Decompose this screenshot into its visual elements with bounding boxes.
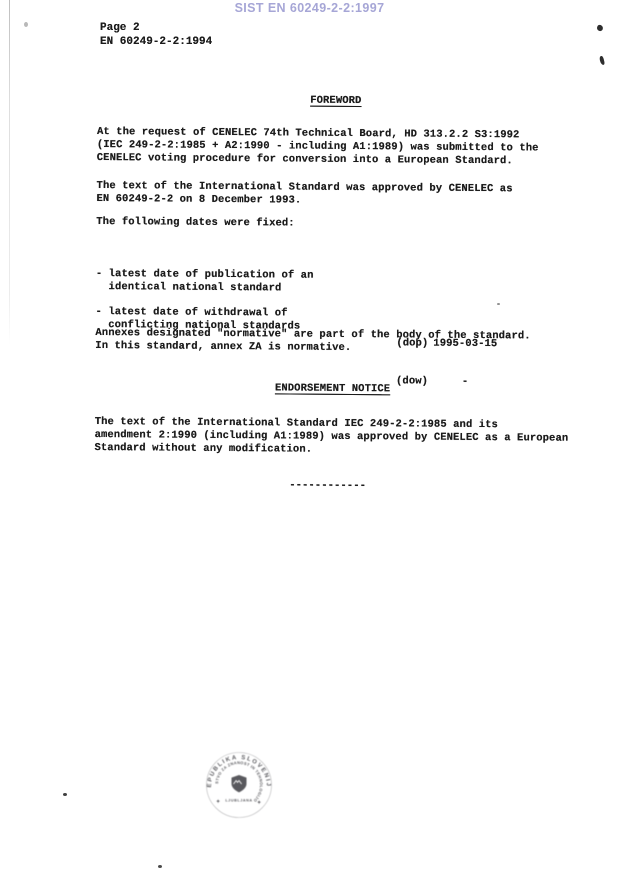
ministry-stamp: REPUBLIKA SLOVENIJA MINISTRSTVO ZA ZNANO…: [204, 750, 274, 820]
scan-edge-line: [9, 0, 10, 345]
end-divider: ------------: [289, 479, 366, 493]
ink-speck: [63, 793, 67, 796]
stamp-star-left-icon: ✦: [216, 799, 220, 805]
dow-value: -: [425, 376, 505, 390]
stamp-star-right-icon: ✦: [257, 800, 261, 806]
ink-speck: [497, 303, 500, 305]
foreword-title: FOREWORD: [310, 95, 361, 108]
ink-speck: [24, 22, 28, 27]
document-page: SIST EN 60249-2-2:1997 Page 2 EN 60249-2…: [0, 0, 619, 876]
foreword-paragraph-request: At the request of CENELEC 74th Technical…: [97, 126, 539, 168]
stamp-city: LJUBLJANA: [225, 799, 252, 803]
annex-note: Annexes designated "normative" are part …: [95, 327, 530, 356]
dow-code: (dow): [396, 375, 428, 388]
coat-of-arms-icon: [232, 775, 247, 792]
endorsement-title: ENDORSEMENT NOTICE: [275, 382, 390, 396]
dates-intro: The following dates were fixed:: [96, 216, 295, 231]
endorsement-paragraph: The text of the International Standard I…: [94, 416, 568, 459]
foreword-paragraph-approved: The text of the International Standard w…: [96, 180, 512, 209]
document-body: FOREWORD At the request of CENELEC 74th …: [0, 0, 619, 876]
ink-speck: [158, 865, 162, 868]
